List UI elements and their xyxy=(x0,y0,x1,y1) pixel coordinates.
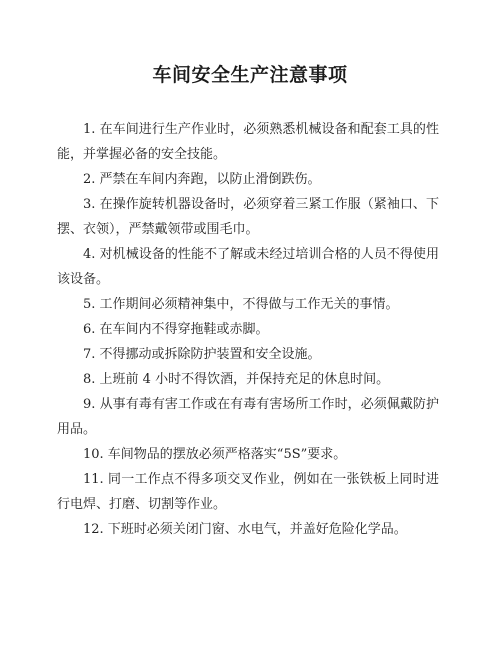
list-item: 5. 工作期间必须精神集中，不得做与工作无关的事情。 xyxy=(57,292,439,317)
list-item: 11. 同一工作点不得多项交叉作业，例如在一张铁板上同时进行电焊、打磨、切割等作… xyxy=(57,467,439,517)
document-body: 1. 在车间进行生产作业时，必须熟悉机械设备和配套工具的性能，并掌握必备的安全技… xyxy=(57,117,439,542)
list-item: 8. 上班前 4 小时不得饮酒，并保持充足的休息时间。 xyxy=(57,367,439,392)
list-item: 9. 从事有毒有害工作或在有毒有害场所工作时，必须佩戴防护用品。 xyxy=(57,392,439,442)
list-item: 12. 下班时必须关闭门窗、水电气，并盖好危险化学品。 xyxy=(57,517,439,542)
list-item: 7. 不得挪动或拆除防护装置和安全设施。 xyxy=(57,342,439,367)
list-item: 1. 在车间进行生产作业时，必须熟悉机械设备和配套工具的性能，并掌握必备的安全技… xyxy=(57,117,439,167)
list-item: 4. 对机械设备的性能不了解或未经过培训合格的人员不得使用该设备。 xyxy=(57,242,439,292)
list-item: 6. 在车间内不得穿拖鞋或赤脚。 xyxy=(57,317,439,342)
document-page: 车间安全生产注意事项 1. 在车间进行生产作业时，必须熟悉机械设备和配套工具的性… xyxy=(0,0,500,647)
list-item: 3. 在操作旋转机器设备时，必须穿着三紧工作服（紧袖口、下摆、衣领），严禁戴领带… xyxy=(57,192,439,242)
list-item: 2. 严禁在车间内奔跑，以防止滑倒跌伤。 xyxy=(57,167,439,192)
list-item: 10. 车间物品的摆放必须严格落实“5S”要求。 xyxy=(57,442,439,467)
document-title: 车间安全生产注意事项 xyxy=(0,60,500,87)
